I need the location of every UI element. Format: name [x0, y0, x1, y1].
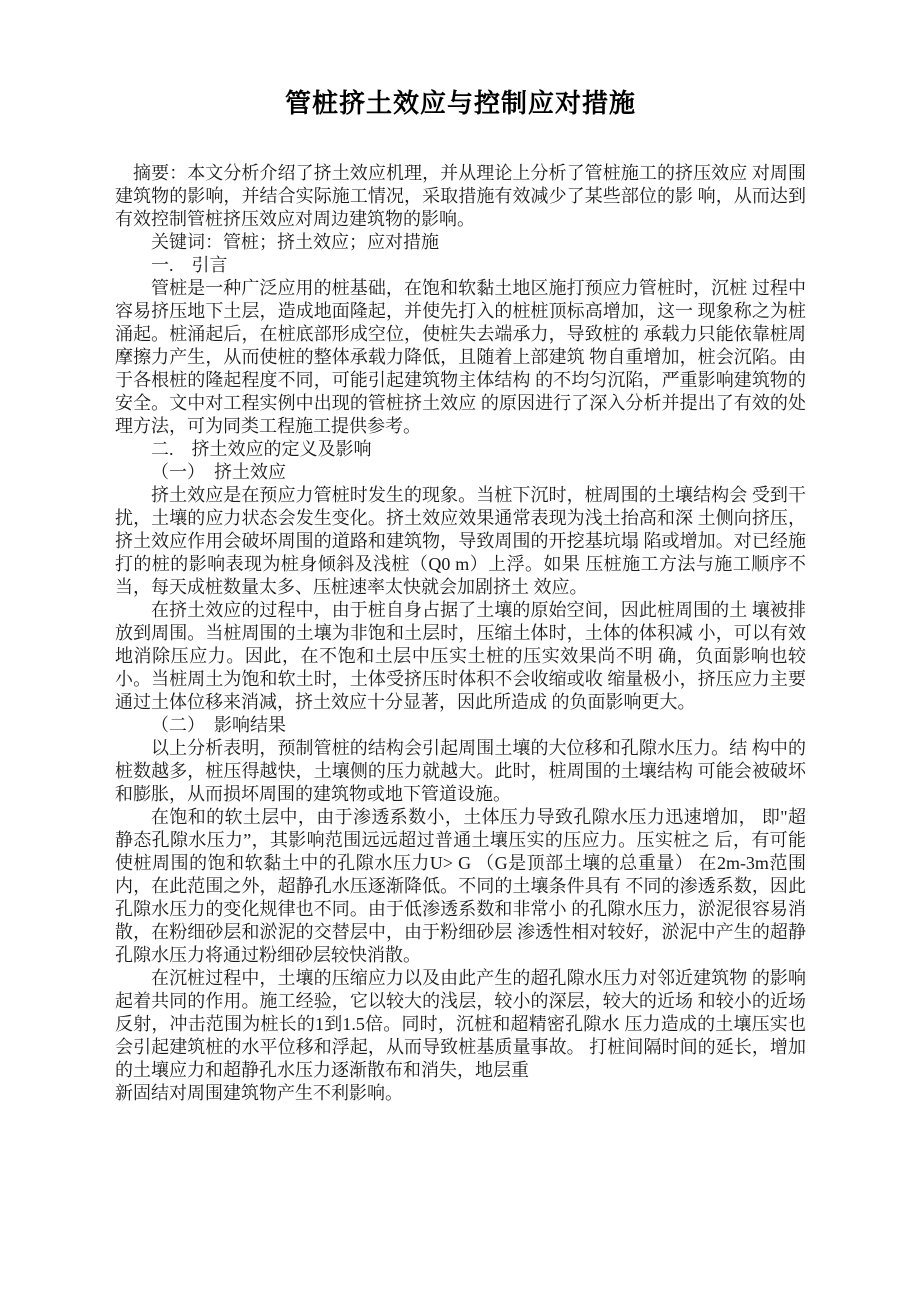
section-1-paragraph: 管桩是一种广泛应用的桩基础，在饱和软黏土地区施打预应力管桩时，沉桩 过程中容易挤… — [115, 277, 806, 438]
section-2-1-paragraph-1: 挤土效应是在预应力管桩时发生的现象。当桩下沉时，桩周围的土壤结构会 受到干扰，土… — [115, 484, 806, 599]
abstract-paragraph: 摘要：本文分析介绍了挤土效应机理，并从理论上分析了管桩施工的挤压效应 对周围建筑… — [115, 162, 806, 231]
heading-section-1: 一. 引言 — [115, 254, 806, 277]
section-2-2-paragraph-3-continuation: 新固结对周围建筑物产生不利影响。 — [115, 1082, 806, 1105]
keywords-paragraph: 关键词：管桩；挤土效应；应对措施 — [115, 231, 806, 254]
heading-section-2-1: （一） 挤土效应 — [115, 461, 806, 484]
page-title: 管桩挤土效应与控制应对措施 — [115, 88, 806, 120]
heading-section-2: 二. 挤土效应的定义及影响 — [115, 438, 806, 461]
heading-section-2-2: （二） 影响结果 — [115, 714, 806, 737]
section-2-2-paragraph-3: 在沉桩过程中，土壤的压缩应力以及由此产生的超孔隙水压力对邻近建筑物 的影响起着共… — [115, 967, 806, 1082]
section-2-1-paragraph-2: 在挤土效应的过程中，由于桩自身占据了土壤的原始空间，因此桩周围的土 壤被排放到周… — [115, 599, 806, 714]
section-2-2-paragraph-2: 在饱和的软土层中，由于渗透系数小，土体压力导致孔隙水压力迅速增加， 即"超静态孔… — [115, 806, 806, 967]
section-2-2-paragraph-1: 以上分析表明，预制管桩的结构会引起周围土壤的大位移和孔隙水压力。结 构中的桩数越… — [115, 737, 806, 806]
document-page: 管桩挤土效应与控制应对措施 摘要：本文分析介绍了挤土效应机理，并从理论上分析了管… — [0, 0, 920, 1302]
document-body: 摘要：本文分析介绍了挤土效应机理，并从理论上分析了管桩施工的挤压效应 对周围建筑… — [115, 162, 806, 1105]
